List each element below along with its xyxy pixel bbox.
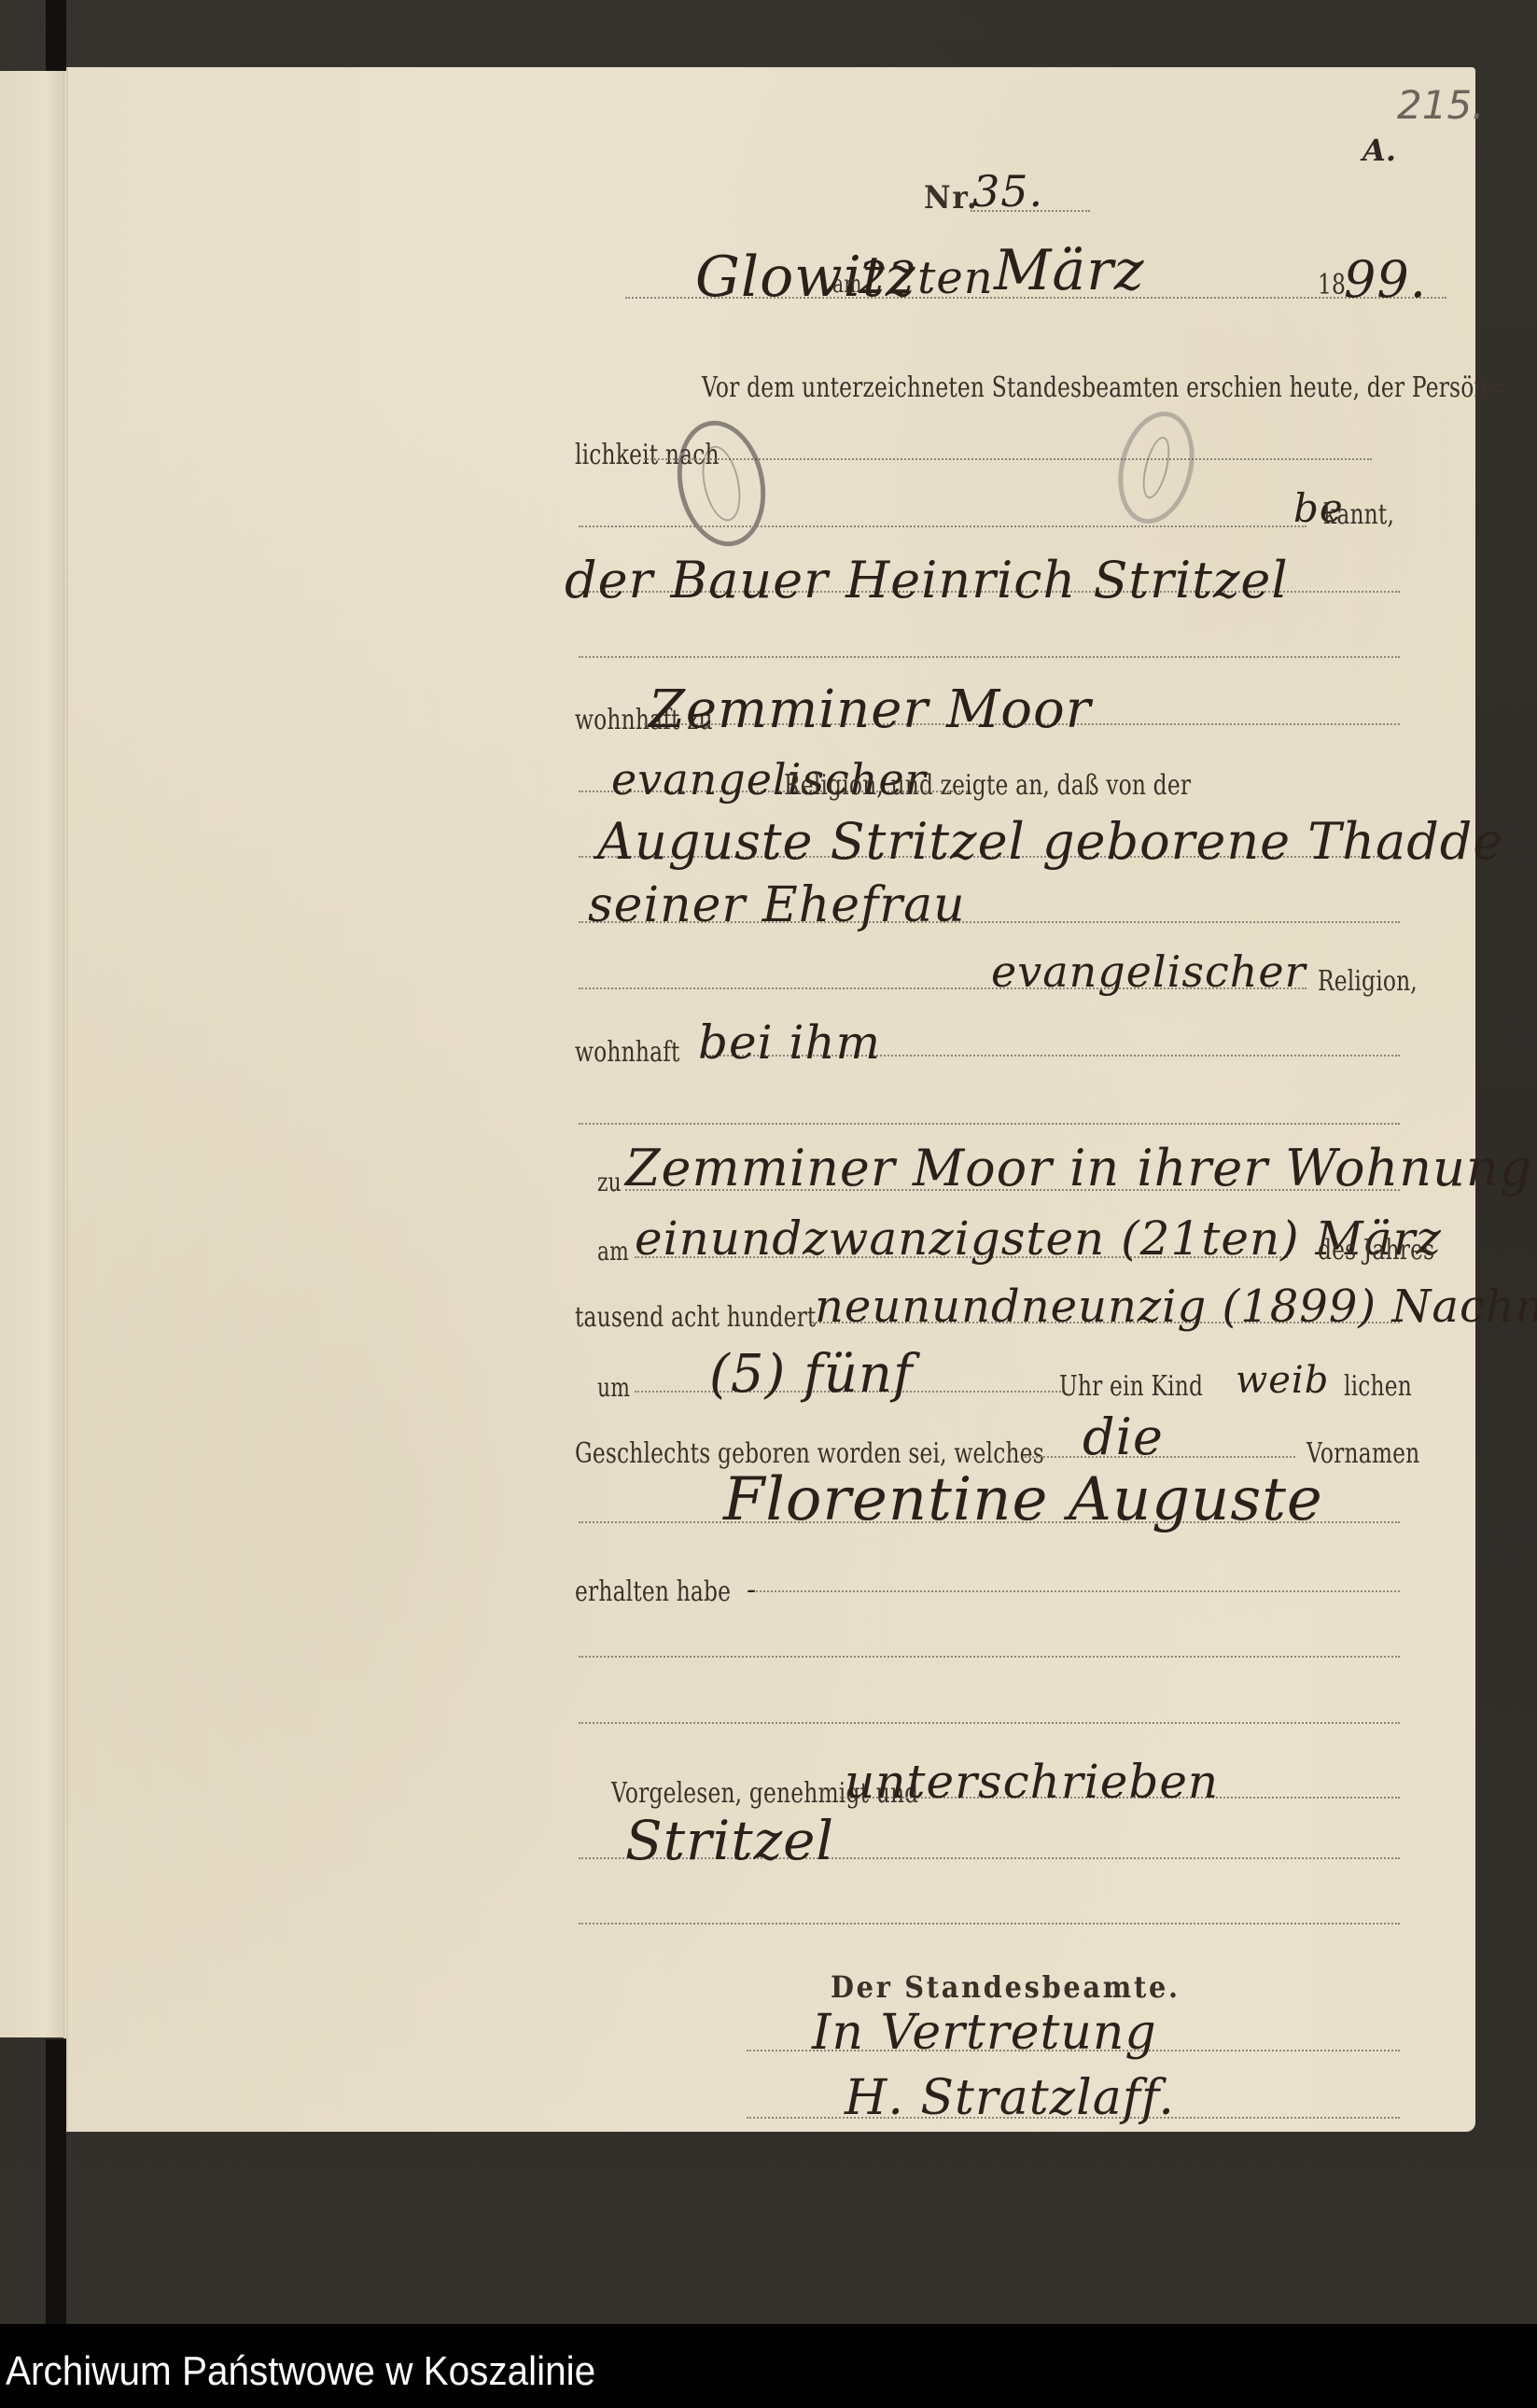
bekannt-suffix: kannt, (1323, 498, 1394, 531)
uhr-kind-label: Uhr ein Kind (1059, 1370, 1203, 1403)
birth-hour-value: (5) fünf (709, 1344, 914, 1405)
date-day-value: 22ten (859, 252, 994, 304)
informant-name: der Bauer Heinrich Stritzel (565, 551, 1289, 609)
zu-label: zu (597, 1167, 622, 1197)
blank-line-5 (579, 1923, 1400, 1925)
page-number: 215. (1397, 82, 1485, 128)
book-gutter-top (46, 0, 66, 71)
blank-line-3 (579, 1656, 1400, 1658)
religion-mother-value: evangelischer (991, 946, 1306, 997)
informant-signature: Stritzel (625, 1809, 834, 1872)
entry-number-line (971, 210, 1090, 212)
sex-value: weib (1236, 1359, 1329, 1402)
registrar-signature-line1: In Vertretung (812, 2005, 1157, 2061)
blank-line-1 (579, 656, 1400, 658)
erhalten-label: erhalten habe (575, 1575, 731, 1608)
archive-name: Archiwum Państwowe w Koszalinie (6, 2348, 595, 2395)
tausend-label: tausend acht hundert (575, 1301, 816, 1334)
registrar-signature-line2: H. Stratzlaff. (845, 2070, 1175, 2126)
lichen-label: lichen (1344, 1370, 1412, 1403)
registrar-title: Der Standesbeamte. (831, 1969, 1181, 2005)
birth-year-value: neunundneunzig (1899) Nachmittags (815, 1281, 1537, 1333)
religion-label: Religion, (1318, 965, 1418, 998)
erhalten-line (756, 1590, 1400, 1592)
child-names-value: Florentine Auguste (723, 1465, 1323, 1534)
bekannt-line (579, 525, 1306, 527)
mother-residence-value: bei ihm (698, 1015, 881, 1070)
am-label: am (597, 1236, 629, 1267)
year-prefix: 18 (1318, 269, 1346, 301)
date-month-value: März (994, 238, 1145, 303)
intro-text: Vor dem unterzeichneten Standesbeamten e… (702, 371, 1506, 404)
blank-line-4 (579, 1722, 1400, 1724)
mother-relation: seiner Ehefrau (588, 877, 966, 933)
entry-number-value: 35. (972, 166, 1043, 217)
mother-name: Auguste Stritzel geborene Thadde (597, 812, 1503, 871)
year-suffix: 99. (1344, 250, 1427, 309)
date-am-label: am (832, 271, 862, 299)
wohnhaft-label: wohnhaft (575, 1036, 680, 1069)
vornamen-label: Vornamen (1306, 1437, 1419, 1470)
form-letter: A. (1362, 133, 1396, 168)
um-label: um (597, 1372, 630, 1403)
birth-place-value: Zemminer Moor in ihrer Wohnung (625, 1139, 1532, 1197)
approval-value: unterschrieben (845, 1755, 1219, 1809)
blank-line-2 (579, 1123, 1400, 1125)
des-jahres-label: des Jahres (1318, 1234, 1434, 1267)
article-value: die (1083, 1407, 1164, 1466)
religion-declaration-text: Religion, und zeigte an, daß von der (784, 769, 1191, 802)
book-gutter-bottom (46, 2039, 66, 2324)
left-facing-page (0, 71, 65, 2037)
residence-value: Zemminer Moor (649, 679, 1091, 740)
